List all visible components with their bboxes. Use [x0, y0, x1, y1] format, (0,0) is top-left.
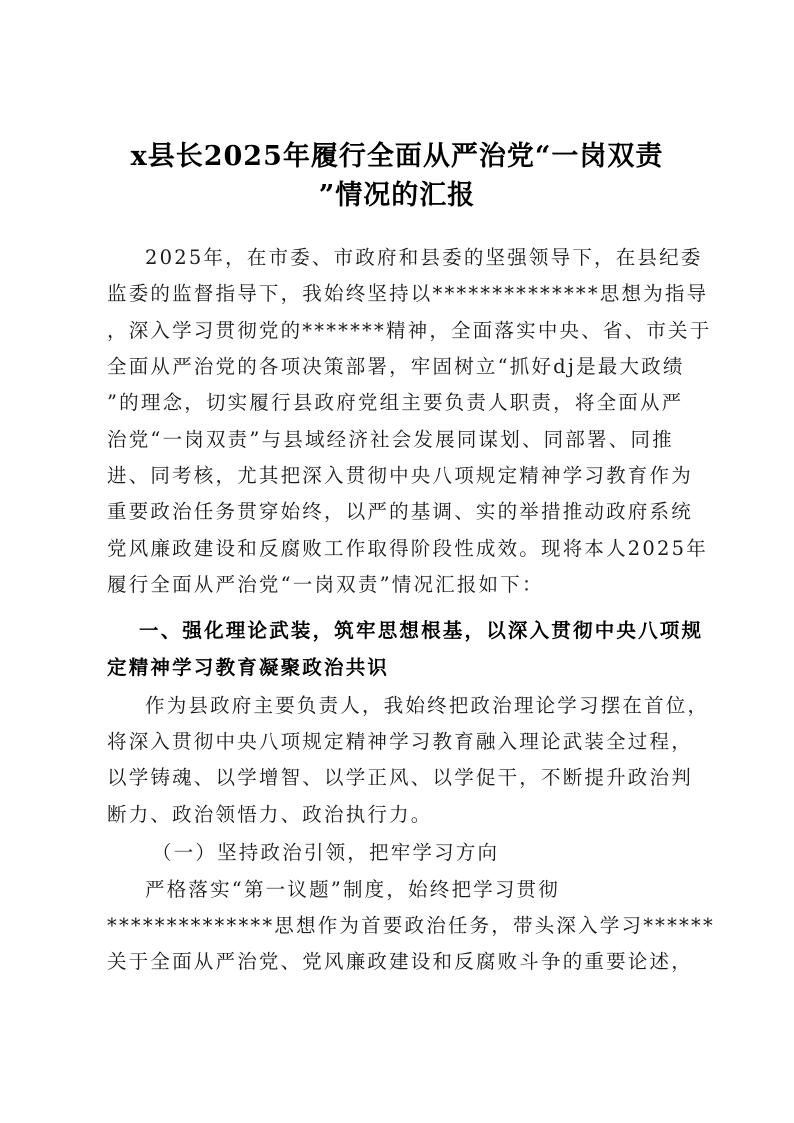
paragraph-1-line-7: 进、同考核，尤其把深入贯彻中央八项规定精神学习教育作为 [107, 458, 687, 494]
paragraph-3-line-3: 关于全面从严治党、党风廉政建设和反腐败斗争的重要论述， [107, 944, 687, 980]
paragraph-1-line-9: 党风廉政建设和反腐败工作取得阶段性成效。现将本人2025年 [107, 531, 687, 567]
paragraph-1-line-5: ”的理念，切实履行县政府党组主要负责人职责，将全面从严 [107, 385, 687, 421]
document-title-line-2: ”情况的汇报 [105, 176, 689, 216]
paragraph-1-line-6: 治党“一岗双责”与县域经济社会发展同谋划、同部署、同推 [107, 422, 687, 458]
paragraph-1-line-8: 重要政治任务贯穿始终，以严的基调、实的举措推动政府系统 [107, 494, 687, 530]
paragraph-2-line-1: 作为县政府主要负责人，我始终把政治理论学习摆在首位， [145, 688, 725, 724]
paragraph-1-line-1: 2025年，在市委、市政府和县委的坚强领导下，在县纪委 [145, 240, 725, 276]
document-title-line-1: x县长2025年履行全面从严治党“一岗双责 [105, 137, 689, 177]
paragraph-1-line-10: 履行全面从严治党“一岗双责”情况汇报如下： [107, 567, 687, 603]
paragraph-1-line-4: 全面从严治党的各项决策部署，牢固树立“抓好dj是最大政绩 [107, 349, 687, 385]
section-heading-1-line-1: 一、强化理论武装，筑牢思想根基，以深入贯彻中央八项规 [139, 613, 719, 649]
paragraph-3-line-1: 严格落实“第一议题”制度，始终把学习贯彻 [145, 872, 725, 908]
paragraph-2-line-3: 以学铸魂、以学增智、以学正风、以学促干，不断提升政治判 [107, 760, 687, 796]
paragraph-3-line-2: **************思想作为首要政治任务，带头深入学习****** [107, 908, 687, 944]
paragraph-2-line-2: 将深入贯彻中央八项规定精神学习教育融入理论武装全过程， [107, 724, 687, 760]
subsection-heading-1: （一）坚持政治引领，把牢学习方向 [152, 835, 732, 871]
paragraph-1-line-3: ，深入学习贯彻党的*******精神，全面落实中央、省、市关于 [107, 313, 687, 349]
section-heading-1-line-2: 定精神学习教育凝聚政治共识 [107, 650, 687, 686]
paragraph-1-line-2: 监委的监督指导下，我始终坚持以**************思想为指导 [107, 276, 687, 312]
paragraph-2-line-4: 断力、政治领悟力、政治执行力。 [107, 797, 687, 833]
document-page: x县长2025年履行全面从严治党“一岗双责 ”情况的汇报 2025年，在市委、市… [0, 0, 794, 1123]
